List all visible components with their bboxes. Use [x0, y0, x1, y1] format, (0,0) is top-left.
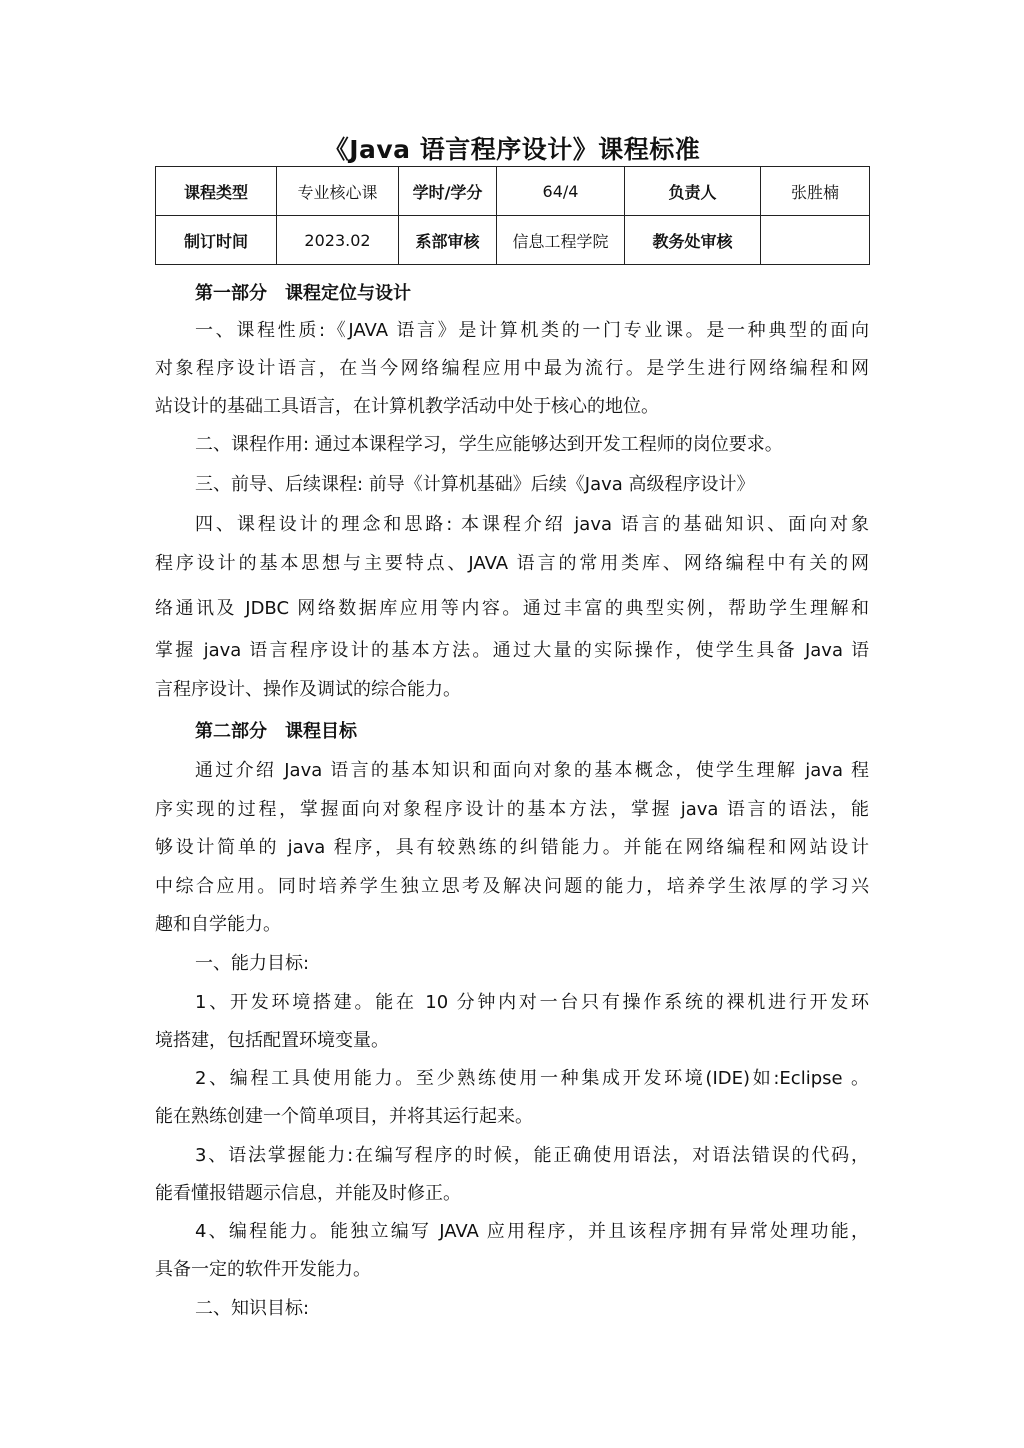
paragraph-line: 三、前导、后续课程: 前导《计算机基础》后续《Java 高级程序设计》 — [195, 474, 869, 496]
paragraph-line: 具备一定的软件开发能力。 — [155, 1259, 869, 1281]
paragraph-line: 1、开发环境搭建。能在 10 分钟内对一台只有操作系统的裸机进行开发环 — [195, 992, 869, 1014]
label-academic-review: 教务处审核 — [625, 216, 761, 265]
paragraph-line: 够设计简单的 java 程序，具有较熟练的纠错能力。并能在网络编程和网站设计 — [155, 837, 869, 859]
paragraph-line: 能看懂报错题示信息，并能及时修正。 — [155, 1183, 869, 1205]
label-course-type: 课程类型 — [156, 167, 277, 216]
paragraph-line: 二、课程作用: 通过本课程学习，学生应能够达到开发工程师的岗位要求。 — [195, 434, 869, 456]
paragraph-line: 言程序设计、操作及调试的综合能力。 — [155, 679, 869, 701]
paragraph-line: 站设计的基础工具语言，在计算机教学活动中处于核心的地位。 — [155, 396, 869, 418]
paragraph-line: 络通讯及 JDBC 网络数据库应用等内容。通过丰富的典型实例，帮助学生理解和 — [155, 598, 869, 620]
course-info-table: 课程类型 专业核心课 学时/学分 64/4 负责人 张胜楠 制订时间 2023.… — [155, 166, 870, 265]
paragraph-line: 3、语法掌握能力:在编写程序的时候，能正确使用语法，对语法错误的代码， — [195, 1145, 869, 1167]
value-academic-review — [761, 216, 870, 265]
paragraph-line: 能在熟练创建一个简单项目，并将其运行起来。 — [155, 1106, 869, 1128]
paragraph-line: 通过介绍 Java 语言的基本知识和面向对象的基本概念，使学生理解 java 程 — [195, 760, 869, 782]
label-date: 制订时间 — [156, 216, 277, 265]
paragraph-line: 序实现的过程，掌握面向对象程序设计的基本方法，掌握 java 语言的语法，能 — [155, 799, 869, 821]
part1-heading: 第一部分 课程定位与设计 — [195, 283, 869, 305]
paragraph-line: 4、编程能力。能独立编写 JAVA 应用程序，并且该程序拥有异常处理功能， — [195, 1221, 869, 1243]
knowledge-goals-heading: 二、知识目标: — [195, 1298, 869, 1320]
paragraph-line: 中综合应用。同时培养学生独立思考及解决问题的能力，培养学生浓厚的学习兴 — [155, 876, 869, 898]
paragraph-line: 一、课程性质:《JAVA 语言》是计算机类的一门专业课。是一种典型的面向 — [195, 320, 869, 342]
paragraph-line: 趣和自学能力。 — [155, 914, 869, 936]
paragraph-line: 四、课程设计的理念和思路: 本课程介绍 java 语言的基础知识、面向对象 — [195, 514, 869, 536]
part2-heading: 第二部分 课程目标 — [195, 721, 869, 743]
label-hours-credits: 学时/学分 — [399, 167, 497, 216]
paragraph-line: 对象程序设计语言，在当今网络编程应用中最为流行。是学生进行网络编程和网 — [155, 358, 869, 380]
value-date: 2023.02 — [277, 216, 399, 265]
table-row: 课程类型 专业核心课 学时/学分 64/4 负责人 张胜楠 — [156, 167, 870, 216]
document-title: 《Java 语言程序设计》课程标准 — [0, 130, 1024, 166]
value-dept-review: 信息工程学院 — [497, 216, 625, 265]
paragraph-line: 2、编程工具使用能力。至少熟练使用一种集成开发环境(IDE)如:Eclipse … — [195, 1068, 869, 1090]
value-hours-credits: 64/4 — [497, 167, 625, 216]
paragraph-line: 程序设计的基本思想与主要特点、JAVA 语言的常用类库、网络编程中有关的网 — [155, 553, 869, 575]
value-owner: 张胜楠 — [761, 167, 870, 216]
table-row: 制订时间 2023.02 系部审核 信息工程学院 教务处审核 — [156, 216, 870, 265]
ability-goals-heading: 一、能力目标: — [195, 953, 869, 975]
label-dept-review: 系部审核 — [399, 216, 497, 265]
document-page: 《Java 语言程序设计》课程标准 课程类型 专业核心课 学时/学分 64/4 … — [0, 0, 1024, 1448]
label-owner: 负责人 — [625, 167, 761, 216]
paragraph-line: 境搭建，包括配置环境变量。 — [155, 1030, 869, 1052]
value-course-type: 专业核心课 — [277, 167, 399, 216]
paragraph-line: 掌握 java 语言程序设计的基本方法。通过大量的实际操作，使学生具备 Java… — [155, 640, 869, 662]
